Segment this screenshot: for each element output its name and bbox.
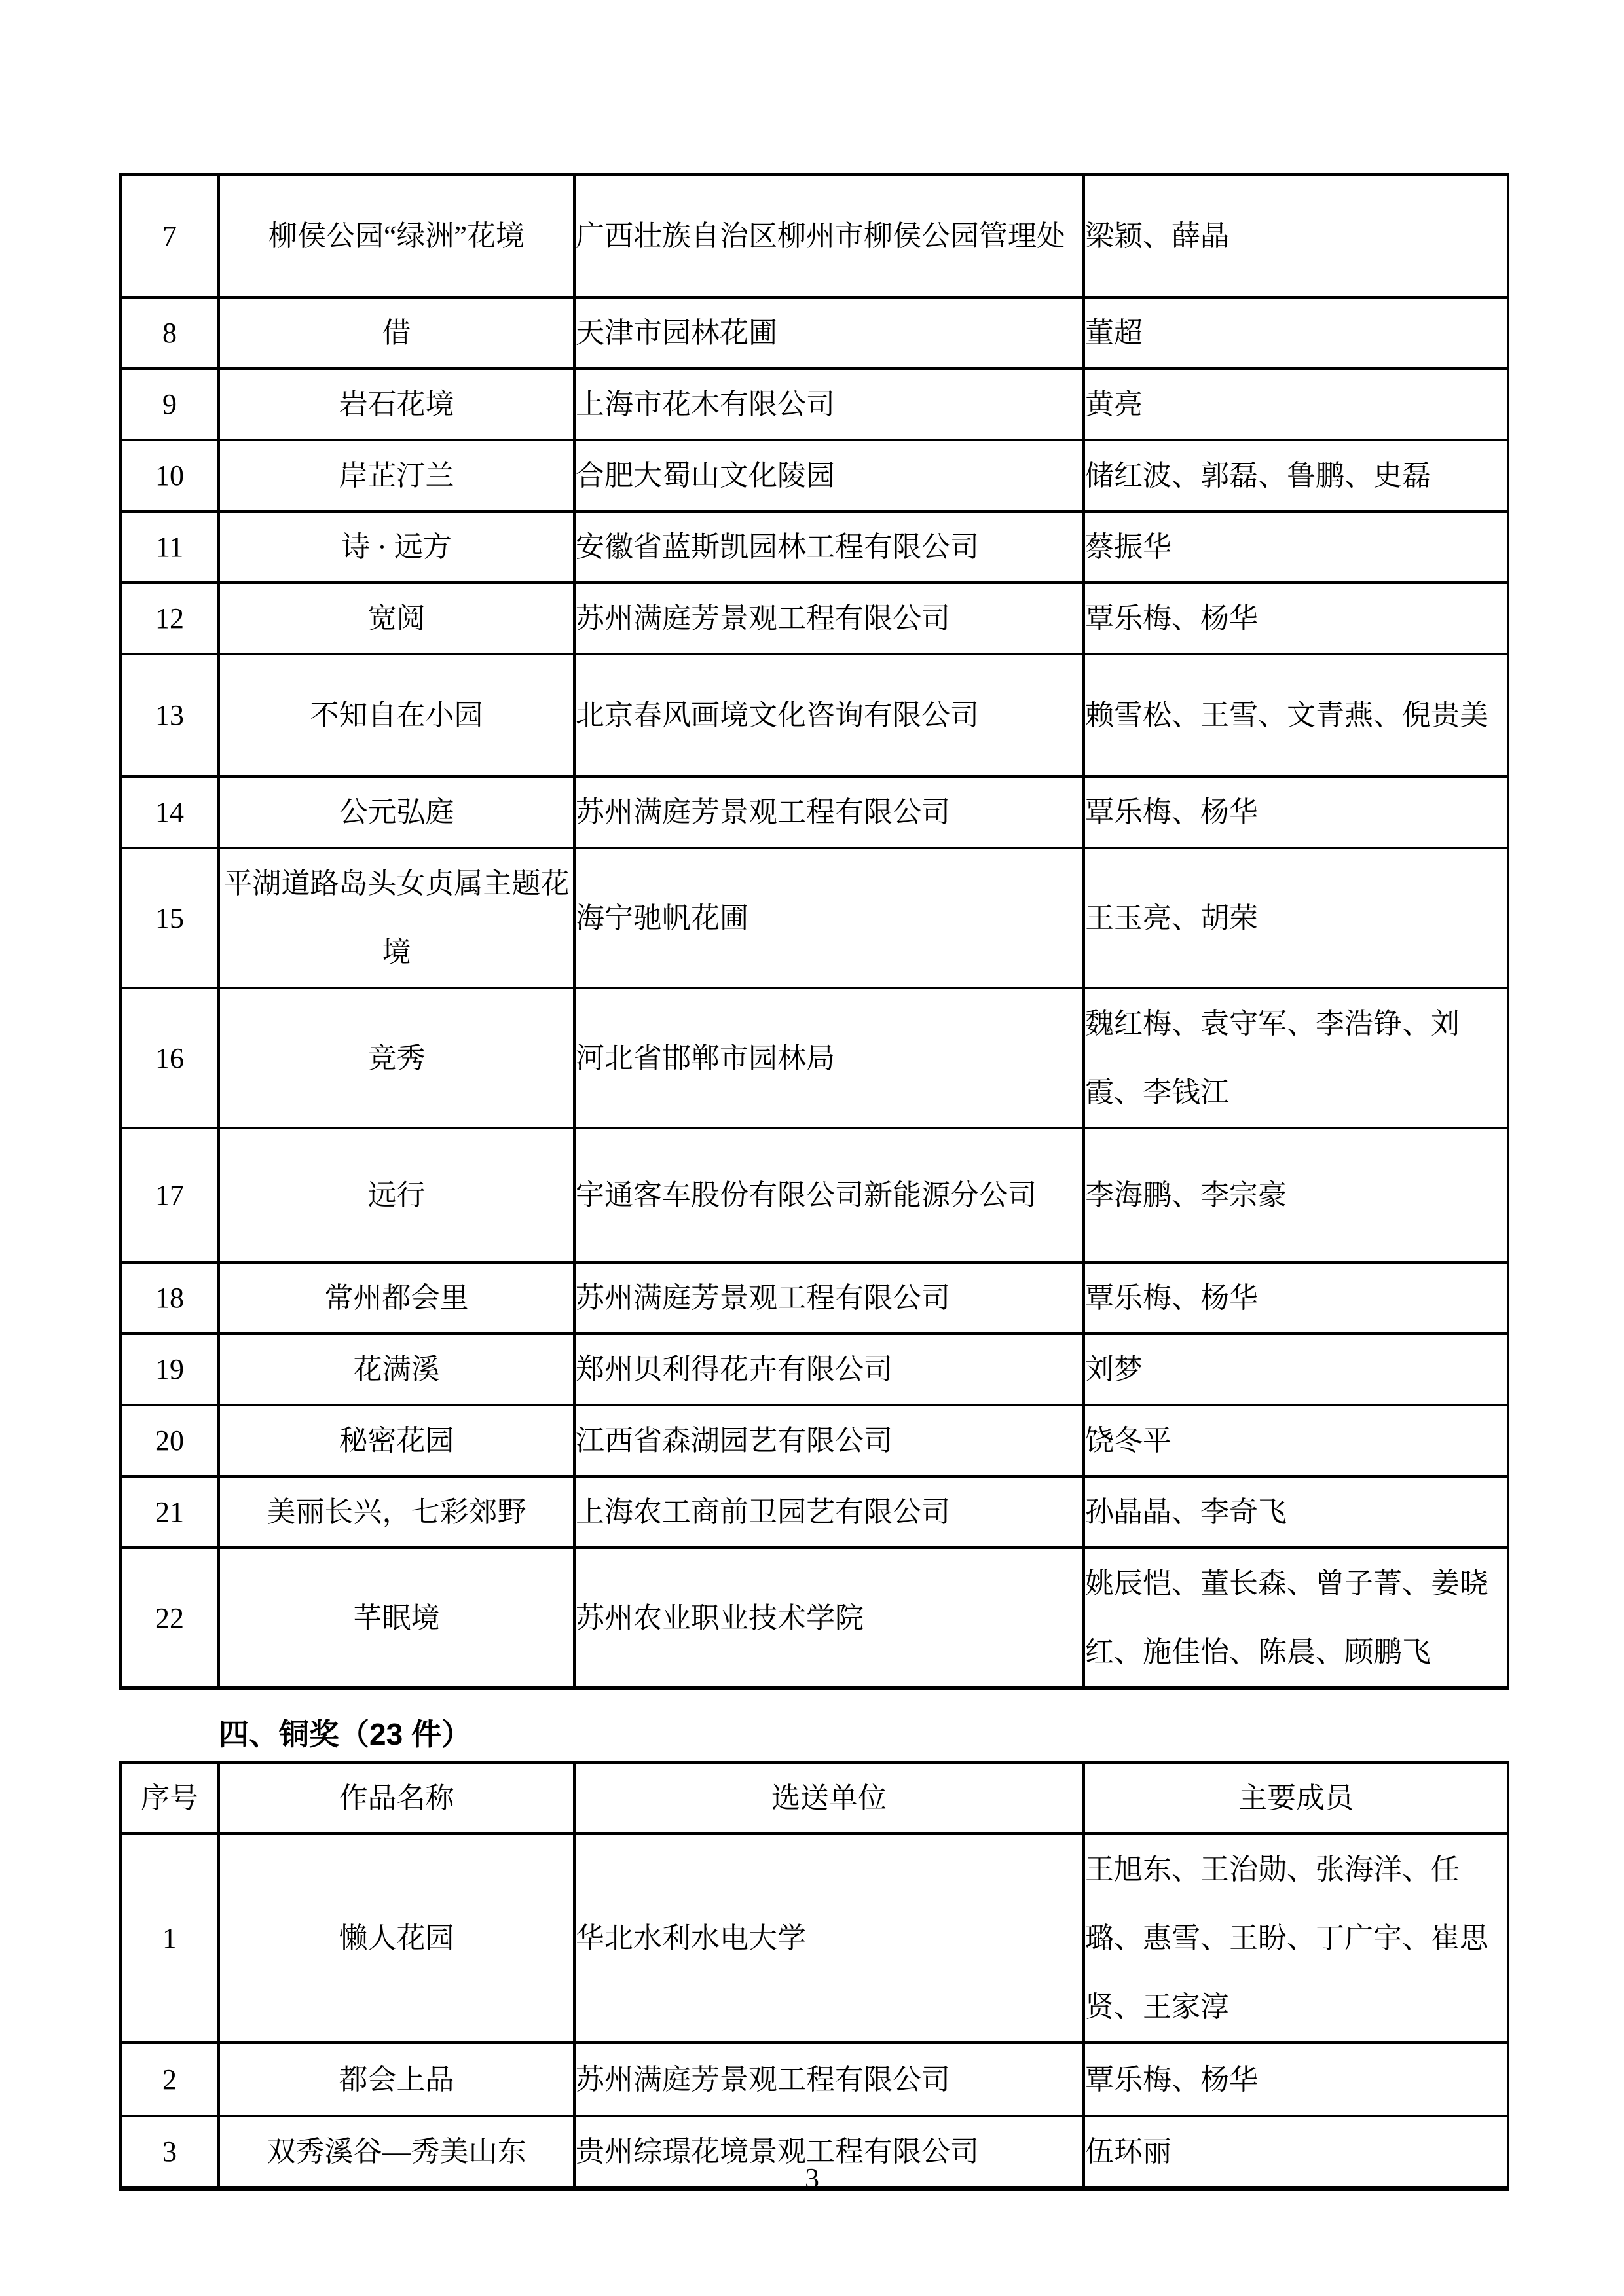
- cell-unit: 苏州农业职业技术学院: [574, 1548, 1084, 1688]
- cell-members: 赖雪松、王雪、文青燕、倪贵美: [1084, 654, 1508, 776]
- cell-serial: 10: [120, 440, 219, 511]
- bronze-award-table: 序号 作品名称 选送单位 主要成员 1懒人花园华北水利水电大学王旭东、王治勋、张…: [119, 1761, 1509, 2191]
- table-row: 16竞秀河北省邯郸市园林局魏红梅、袁守军、李浩铮、刘霞、李钱江: [120, 988, 1508, 1128]
- table-row: 22芊眠境苏州农业职业技术学院姚辰恺、董长森、曾子菁、姜晓红、施佳怡、陈晨、顾鹏…: [120, 1548, 1508, 1688]
- cell-serial: 19: [120, 1334, 219, 1405]
- column-header-title: 作品名称: [219, 1762, 574, 1834]
- cell-unit: 合肥大蜀山文化陵园: [574, 440, 1084, 511]
- cell-members: 王旭东、王治勋、张海洋、任璐、惠雪、王盼、丁广宇、崔思贤、王家淳: [1084, 1834, 1508, 2043]
- cell-unit: 苏州满庭芳景观工程有限公司: [574, 1262, 1084, 1334]
- table-row: 1懒人花园华北水利水电大学王旭东、王治勋、张海洋、任璐、惠雪、王盼、丁广宇、崔思…: [120, 1834, 1508, 2043]
- table-row: 13不知自在小园北京春风画境文化咨询有限公司赖雪松、王雪、文青燕、倪贵美: [120, 654, 1508, 776]
- table-row: 15平湖道路岛头女贞属主题花境海宁驰帆花圃王玉亮、胡荣: [120, 848, 1508, 988]
- table-row: 12宽阅苏州满庭芳景观工程有限公司覃乐梅、杨华: [120, 583, 1508, 654]
- cell-members: 饶冬平: [1084, 1405, 1508, 1476]
- cell-title: 都会上品: [219, 2043, 574, 2116]
- cell-unit: 北京春风画境文化咨询有限公司: [574, 654, 1084, 776]
- cell-title: 秘密花园: [219, 1405, 574, 1476]
- cell-unit: 天津市园林花圃: [574, 297, 1084, 369]
- cell-members: 覃乐梅、杨华: [1084, 1262, 1508, 1334]
- cell-serial: 17: [120, 1128, 219, 1262]
- cell-serial: 16: [120, 988, 219, 1128]
- cell-title: 花满溪: [219, 1334, 574, 1405]
- cell-members: 魏红梅、袁守军、李浩铮、刘霞、李钱江: [1084, 988, 1508, 1128]
- cell-serial: 2: [120, 2043, 219, 2116]
- cell-serial: 15: [120, 848, 219, 988]
- cell-title: 柳侯公园“绿洲”花境: [219, 175, 574, 297]
- cell-members: 李海鹏、李宗豪: [1084, 1128, 1508, 1262]
- column-header-members: 主要成员: [1084, 1762, 1508, 1834]
- table-row: 17远行宇通客车股份有限公司新能源分公司李海鹏、李宗豪: [120, 1128, 1508, 1262]
- cell-serial: 21: [120, 1476, 219, 1548]
- cell-members: 王玉亮、胡荣: [1084, 848, 1508, 988]
- table-row: 10岸芷汀兰合肥大蜀山文化陵园储红波、郭磊、鲁鹏、史磊: [120, 440, 1508, 511]
- cell-unit: 宇通客车股份有限公司新能源分公司: [574, 1128, 1084, 1262]
- cell-members: 储红波、郭磊、鲁鹏、史磊: [1084, 440, 1508, 511]
- document-content: 7柳侯公园“绿洲”花境广西壮族自治区柳州市柳侯公园管理处梁颖、薛晶8借天津市园林…: [119, 173, 1507, 2191]
- cell-unit: 华北水利水电大学: [574, 1834, 1084, 2043]
- cell-members: 蔡振华: [1084, 511, 1508, 583]
- cell-serial: 7: [120, 175, 219, 297]
- cell-serial: 18: [120, 1262, 219, 1334]
- column-header-serial: 序号: [120, 1762, 219, 1834]
- cell-title: 诗 · 远方: [219, 511, 574, 583]
- cell-unit: 安徽省蓝斯凯园林工程有限公司: [574, 511, 1084, 583]
- cell-members: 孙晶晶、李奇飞: [1084, 1476, 1508, 1548]
- cell-unit: 海宁驰帆花圃: [574, 848, 1084, 988]
- cell-title: 不知自在小园: [219, 654, 574, 776]
- cell-serial: 1: [120, 1834, 219, 2043]
- cell-unit: 苏州满庭芳景观工程有限公司: [574, 2043, 1084, 2116]
- cell-title: 常州都会里: [219, 1262, 574, 1334]
- cell-serial: 20: [120, 1405, 219, 1476]
- cell-unit: 广西壮族自治区柳州市柳侯公园管理处: [574, 175, 1084, 297]
- cell-title: 借: [219, 297, 574, 369]
- cell-members: 姚辰恺、董长森、曾子菁、姜晓红、施佳怡、陈晨、顾鹏飞: [1084, 1548, 1508, 1688]
- cell-unit: 苏州满庭芳景观工程有限公司: [574, 583, 1084, 654]
- table-row: 18常州都会里苏州满庭芳景观工程有限公司覃乐梅、杨华: [120, 1262, 1508, 1334]
- cell-members: 覃乐梅、杨华: [1084, 583, 1508, 654]
- cell-title: 远行: [219, 1128, 574, 1262]
- cell-title: 芊眠境: [219, 1548, 574, 1688]
- cell-unit: 上海农工商前卫园艺有限公司: [574, 1476, 1084, 1548]
- cell-title: 宽阅: [219, 583, 574, 654]
- cell-title: 岸芷汀兰: [219, 440, 574, 511]
- table-row: 9岩石花境上海市花木有限公司黄亮: [120, 369, 1508, 440]
- table-row: 7柳侯公园“绿洲”花境广西壮族自治区柳州市柳侯公园管理处梁颖、薛晶: [120, 175, 1508, 297]
- cell-title: 美丽长兴，七彩郊野: [219, 1476, 574, 1548]
- cell-unit: 上海市花木有限公司: [574, 369, 1084, 440]
- cell-members: 梁颖、薛晶: [1084, 175, 1508, 297]
- cell-members: 董超: [1084, 297, 1508, 369]
- cell-serial: 11: [120, 511, 219, 583]
- table-row: 11诗 · 远方安徽省蓝斯凯园林工程有限公司蔡振华: [120, 511, 1508, 583]
- cell-members: 刘梦: [1084, 1334, 1508, 1405]
- table-row: 8借天津市园林花圃董超: [120, 297, 1508, 369]
- cell-title: 平湖道路岛头女贞属主题花境: [219, 848, 574, 988]
- cell-serial: 22: [120, 1548, 219, 1688]
- cell-serial: 12: [120, 583, 219, 654]
- table-row: 20秘密花园江西省森湖园艺有限公司饶冬平: [120, 1405, 1508, 1476]
- cell-unit: 苏州满庭芳景观工程有限公司: [574, 776, 1084, 848]
- table-header-row: 序号 作品名称 选送单位 主要成员: [120, 1762, 1508, 1834]
- table-row: 2都会上品苏州满庭芳景观工程有限公司覃乐梅、杨华: [120, 2043, 1508, 2116]
- section-heading-bronze-award: 四、铜奖（23 件）: [219, 1719, 1507, 1749]
- cell-title: 公元弘庭: [219, 776, 574, 848]
- table-row: 14公元弘庭苏州满庭芳景观工程有限公司覃乐梅、杨华: [120, 776, 1508, 848]
- document-page: 7柳侯公园“绿洲”花境广西壮族自治区柳州市柳侯公园管理处梁颖、薛晶8借天津市园林…: [0, 0, 1624, 2296]
- cell-title: 懒人花园: [219, 1834, 574, 2043]
- table-row: 21美丽长兴，七彩郊野上海农工商前卫园艺有限公司孙晶晶、李奇飞: [120, 1476, 1508, 1548]
- cell-members: 覃乐梅、杨华: [1084, 2043, 1508, 2116]
- cell-members: 覃乐梅、杨华: [1084, 776, 1508, 848]
- cell-unit: 河北省邯郸市园林局: [574, 988, 1084, 1128]
- cell-title: 竞秀: [219, 988, 574, 1128]
- page-number: 3: [0, 2164, 1624, 2193]
- table-row: 19花满溪郑州贝利得花卉有限公司刘梦: [120, 1334, 1508, 1405]
- cell-unit: 江西省森湖园艺有限公司: [574, 1405, 1084, 1476]
- cell-serial: 13: [120, 654, 219, 776]
- silver-award-table: 7柳侯公园“绿洲”花境广西壮族自治区柳州市柳侯公园管理处梁颖、薛晶8借天津市园林…: [119, 173, 1509, 1690]
- cell-serial: 8: [120, 297, 219, 369]
- column-header-unit: 选送单位: [574, 1762, 1084, 1834]
- cell-serial: 14: [120, 776, 219, 848]
- cell-unit: 郑州贝利得花卉有限公司: [574, 1334, 1084, 1405]
- cell-serial: 9: [120, 369, 219, 440]
- cell-members: 黄亮: [1084, 369, 1508, 440]
- cell-title: 岩石花境: [219, 369, 574, 440]
